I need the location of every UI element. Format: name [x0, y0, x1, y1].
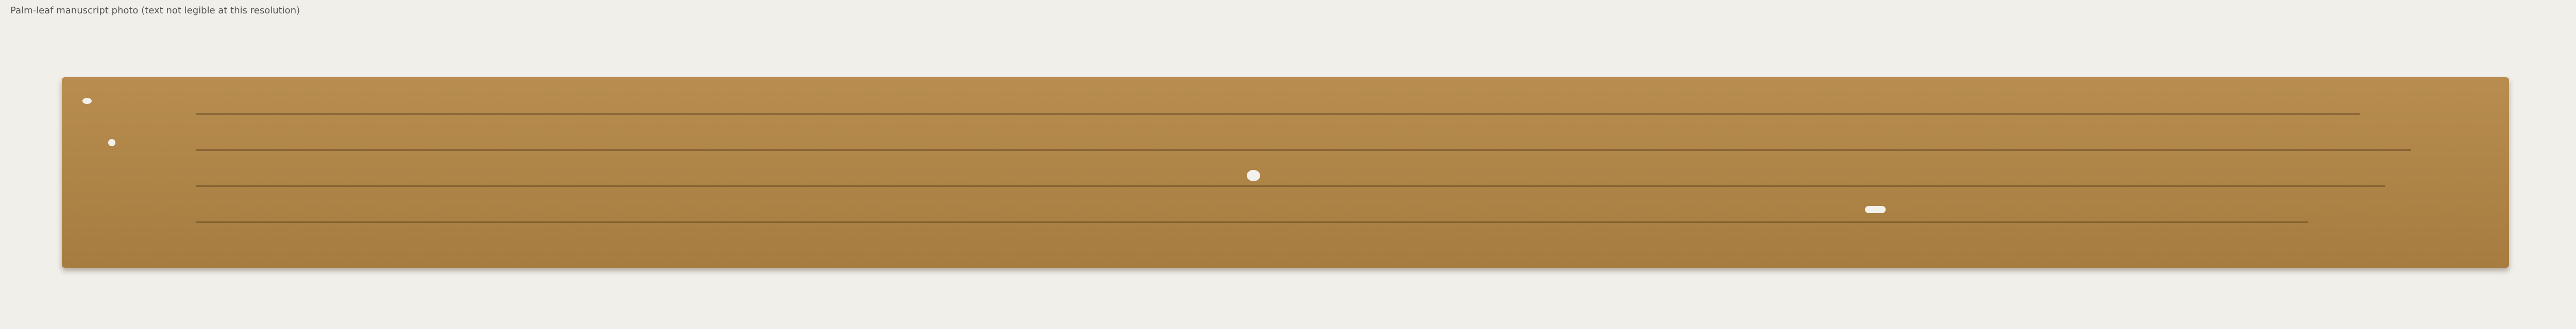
text-line — [196, 149, 2411, 151]
insect-hole — [1865, 206, 1886, 213]
insect-hole — [108, 139, 115, 146]
text-line — [196, 221, 2308, 223]
text-line — [196, 113, 2360, 115]
insect-hole — [1247, 170, 1260, 181]
palm-leaf — [62, 77, 2509, 268]
insect-hole — [82, 98, 92, 104]
text-line — [196, 185, 2385, 187]
caption: Palm-leaf manuscript photo (text not leg… — [10, 5, 300, 16]
